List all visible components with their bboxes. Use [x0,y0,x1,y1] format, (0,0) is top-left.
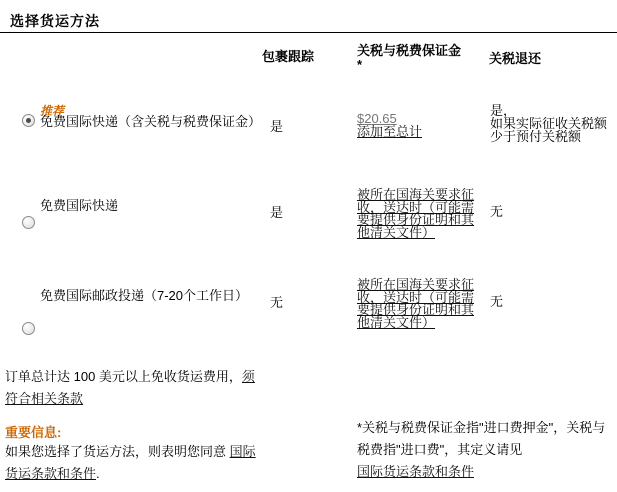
add-to-total-link[interactable]: 添加至总计 [357,125,422,138]
refund-value: 是， 如果实际征收关税额少于预付关税额 [490,104,610,143]
shipping-option-label[interactable]: 免费国际快递（含关税与税费保证金） [40,115,261,128]
page-title: 选择货运方法 [10,11,100,31]
col-header-duty-refund: 关税退还 [489,52,541,65]
shipping-option-label[interactable]: 免费国际邮政投递（7-20个工作日） [40,289,248,302]
radio-button-postal[interactable] [22,322,35,335]
col-header-package-tracking: 包裹跟踪 [262,50,314,63]
important-info-text: 如果您选择了货运方法，则表明您同意 国际货运条款和条件. [5,441,265,485]
duty-deposit-asterisk: * [357,58,362,71]
customs-collection-link[interactable]: 被所在国海关要求征收，送达时（可能需要提供身份证明和其他清关文件） [357,279,479,329]
title-divider [0,32,617,33]
radio-button-express[interactable] [22,216,35,229]
important-info-heading: 重要信息: [5,422,61,441]
radio-button-express-with-deposit[interactable] [22,114,35,127]
customs-collection-link[interactable]: 被所在国海关要求征收，送达时（可能需要提供身份证明和其他清关文件） [357,189,479,239]
free-shipping-text: 订单总计达 100 美元以上免收货运费用， [5,369,242,384]
refund-value: 无 [490,205,503,218]
agreement-text: 如果您选择了货运方法，则表明您同意 [5,444,230,459]
shipping-option-row: 免费国际邮政投递（7-20个工作日） 无 被所在国海关要求征收，送达时（可能需要… [0,32,617,48]
footnote-text: *关税与税费保证金指"进口费押金"，关税与税费指"进口费"，其定义请见 [357,420,605,457]
agreement-suffix: . [96,466,100,481]
tracking-value: 是 [270,120,283,133]
shipping-option-label[interactable]: 免费国际快递 [40,199,118,212]
tracking-value: 是 [270,206,283,219]
deposit-footnote: *关税与税费保证金指"进口费押金"，关税与税费指"进口费"，其定义请见 国际货运… [357,417,617,483]
tracking-value: 无 [270,296,283,309]
col-header-duty-deposit: 关税与税费保证金 [357,44,477,57]
footnote-terms-link[interactable]: 国际货运条款和条件 [357,461,474,483]
refund-value: 无 [490,295,503,308]
free-shipping-note: 订单总计达 100 美元以上免收货运费用，须符合相关条款 [5,366,261,410]
